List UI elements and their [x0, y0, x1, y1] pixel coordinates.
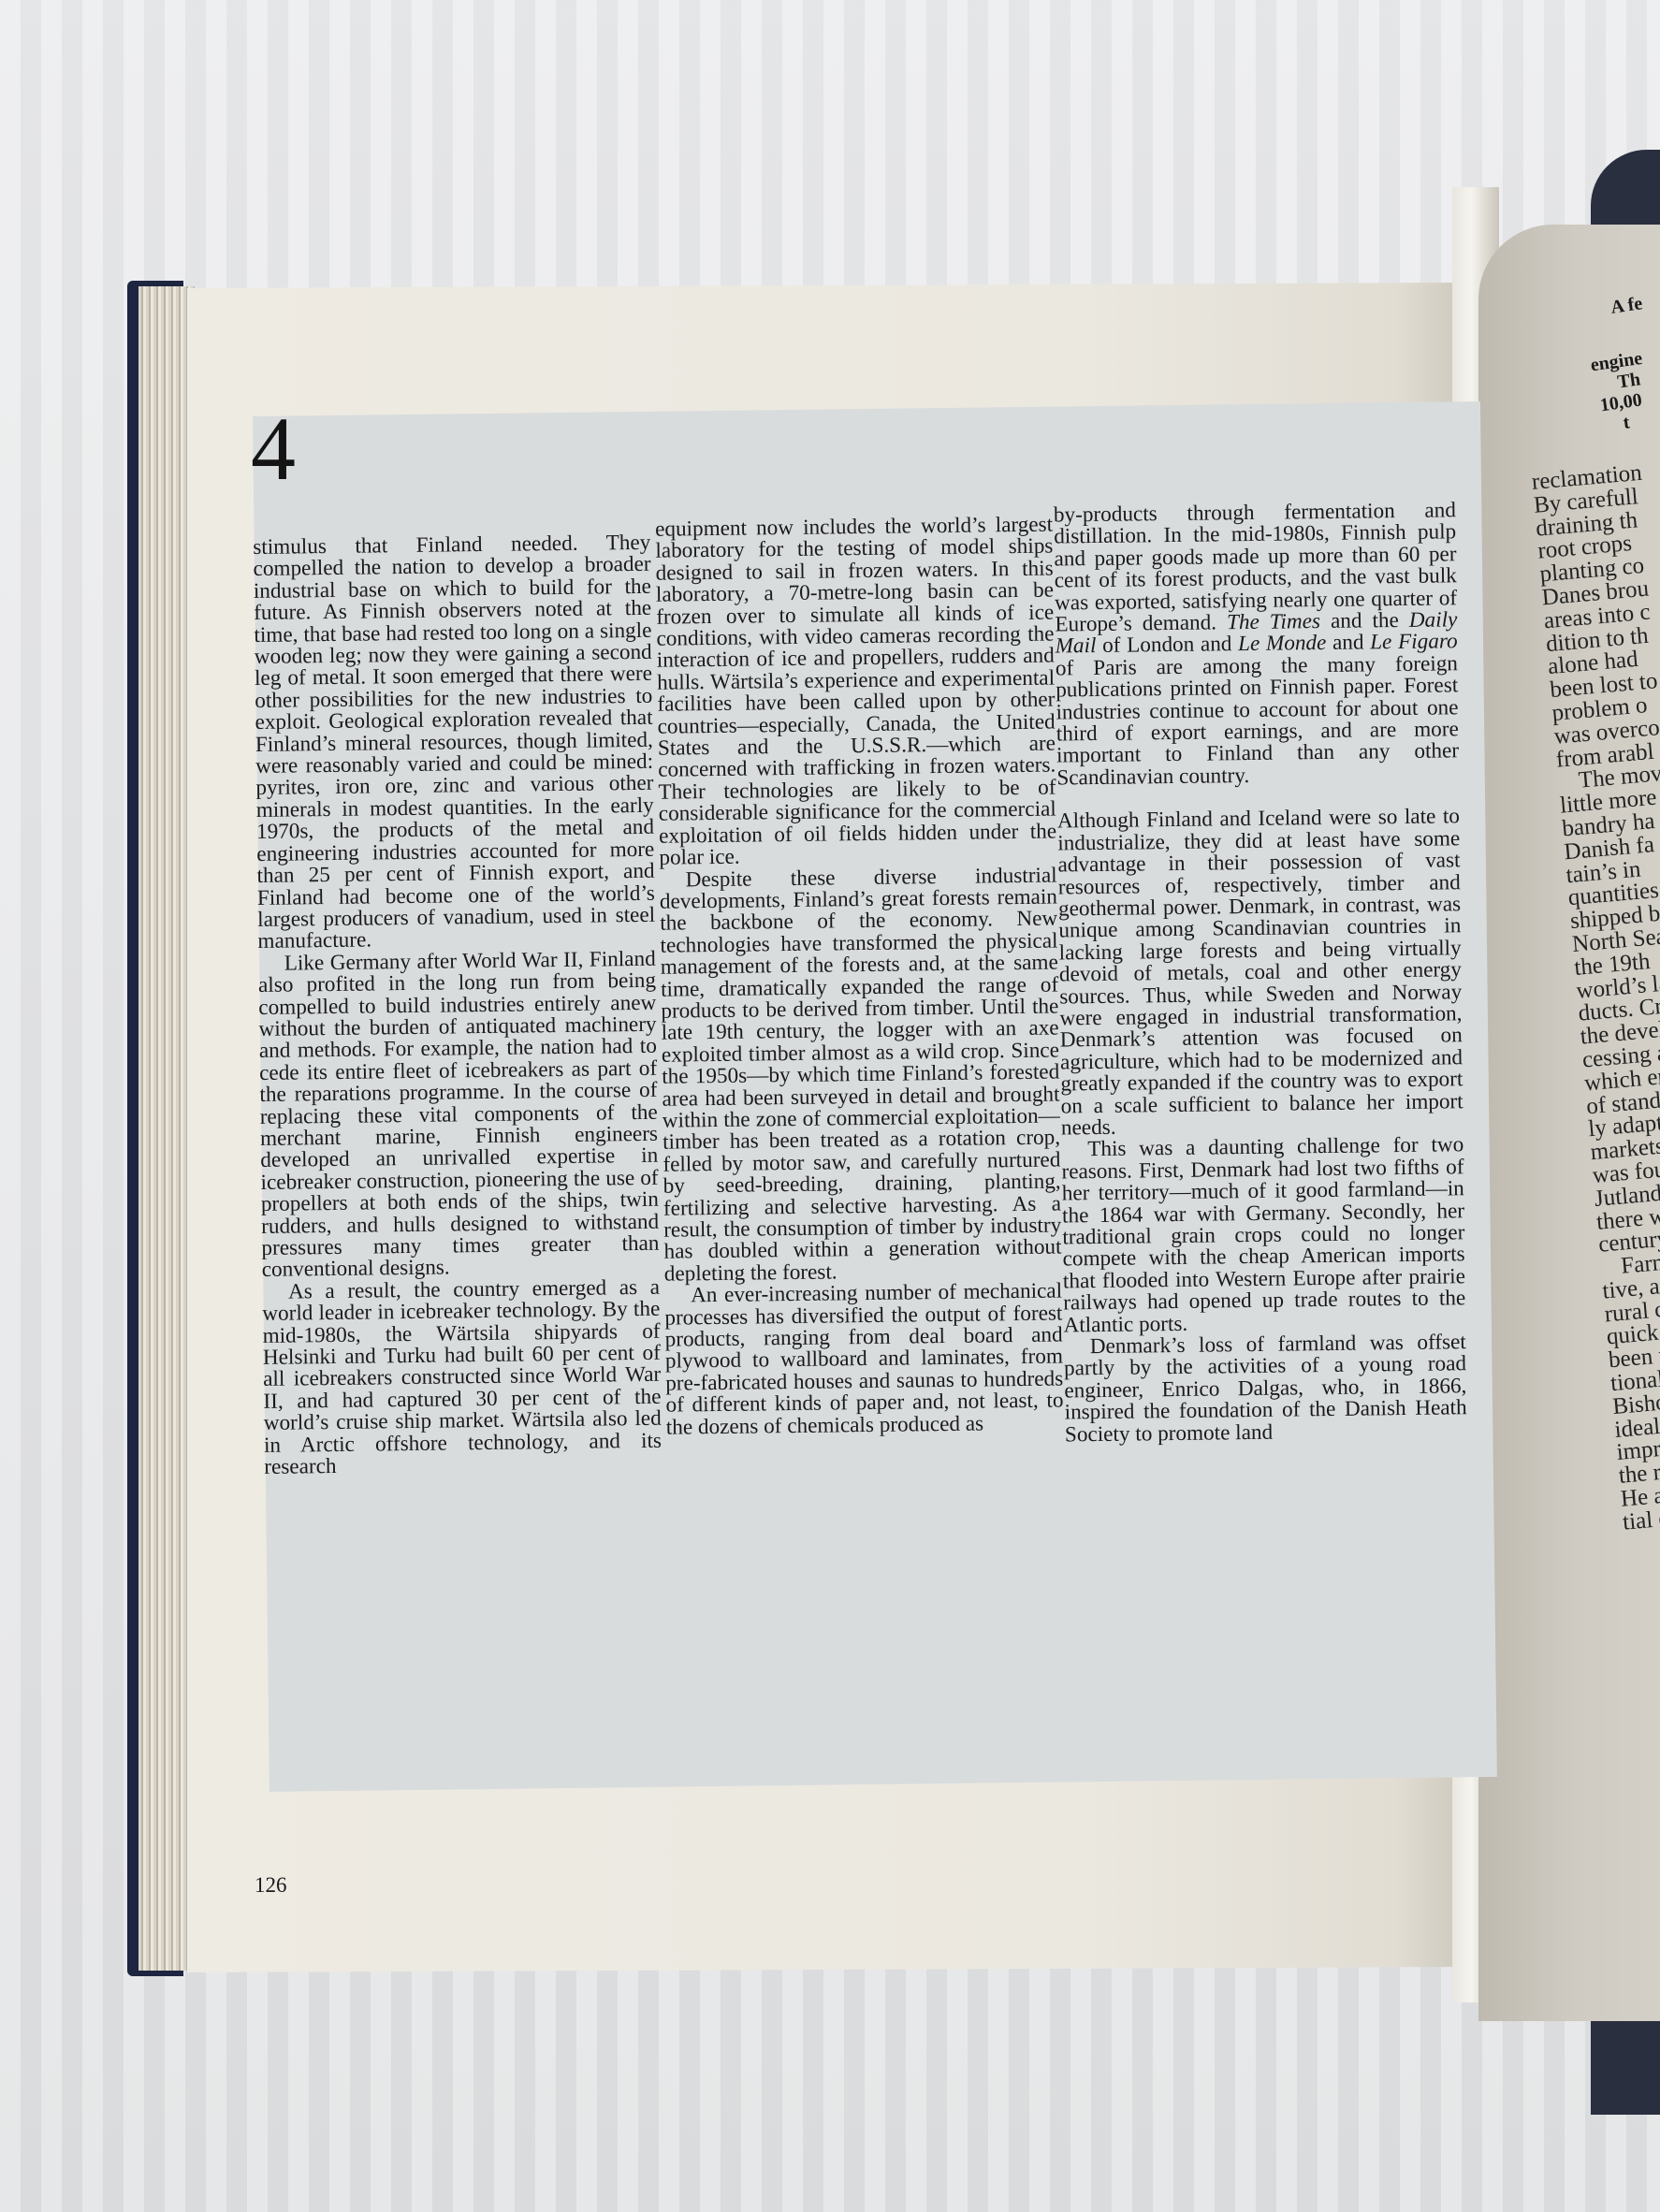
paragraph: Like Germany after World War II, Finland… — [258, 948, 660, 1281]
paragraph: Although Finland and Iceland were so lat… — [1057, 807, 1463, 1140]
right-page-content: A fe engine Th 10,00 t reclamationBy car… — [1478, 225, 1660, 2021]
right-page-text: reclamationBy carefulldraining throot cr… — [1531, 456, 1660, 1535]
paragraph: An ever-increasing number of mechanical … — [664, 1281, 1064, 1439]
text-columns: stimulus that Finland needed. They compe… — [253, 509, 1502, 1694]
text-column-3: by-products through fermentation and dis… — [1054, 500, 1467, 1446]
paragraph: stimulus that Finland needed. They compe… — [253, 532, 655, 953]
paragraph: equipment now includes the world’s large… — [655, 515, 1057, 870]
paragraph: Despite these diverse industrial develop… — [660, 865, 1062, 1286]
caption-line: t — [1622, 408, 1660, 433]
paragraph: Denmark’s loss of farmland was offset pa… — [1064, 1332, 1467, 1446]
paragraph: As a result, the country emerged as a wo… — [262, 1277, 663, 1479]
right-page-caption: A fe engine Th 10,00 t — [1609, 293, 1660, 432]
page-edges — [138, 286, 195, 1971]
page-number: 126 — [255, 1873, 287, 1898]
caption-line: A fe — [1609, 293, 1644, 318]
paragraph: by-products through fermentation and dis… — [1054, 500, 1460, 790]
paragraph: This was a daunting challenge for two re… — [1061, 1135, 1466, 1337]
text-column-2: equipment now includes the world’s large… — [655, 515, 1064, 1439]
text-column-1: stimulus that Finland needed. They compe… — [253, 532, 662, 1479]
text-run: of Paris are among the many foreign publ… — [1056, 651, 1459, 790]
chapter-number: 4 — [251, 404, 296, 494]
